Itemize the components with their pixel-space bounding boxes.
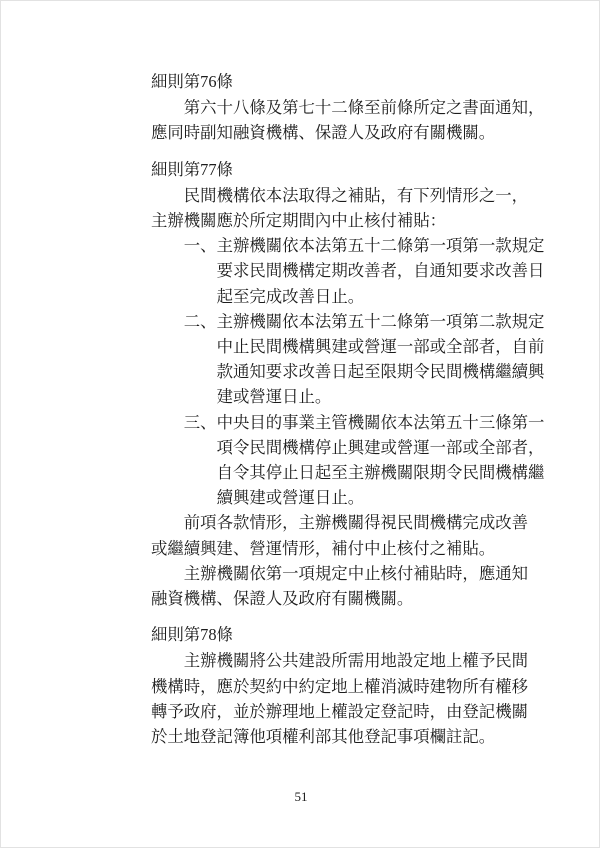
article-section: 細則第76條第六十八條及第七十二條至前條所定之書面通知，應同時副知融資機構、保證… <box>151 69 571 146</box>
text-line: 轉予政府，並於辦理地上權設定登記時，由登記機關 <box>151 699 571 724</box>
article-heading: 細則第76條 <box>151 69 571 94</box>
document-body: 細則第76條第六十八條及第七十二條至前條所定之書面通知，應同時副知融資機構、保證… <box>151 69 571 749</box>
text-line: 款通知要求改善日起至限期令民間機構繼續興 <box>151 359 571 384</box>
article-heading: 細則第77條 <box>151 157 571 182</box>
article-heading: 細則第78條 <box>151 622 571 647</box>
text-line: 自令其停止日起至主辦機關限期令民間機構繼 <box>151 460 571 485</box>
text-line: 二、主辦機關依本法第五十二條第一項第二款規定 <box>151 309 571 334</box>
text-line: 應同時副知融資機構、保證人及政府有關機關。 <box>151 120 571 145</box>
article-section: 細則第78條主辦機關將公共建設所需用地設定地上權予民間機構時，應於契約中約定地上… <box>151 622 571 749</box>
text-line: 融資機構、保證人及政府有關機關。 <box>151 586 571 611</box>
text-line: 項令民間機構停止興建或營運一部或全部者， <box>151 435 571 460</box>
text-line: 主辦機關應於所定期間內中止核付補貼： <box>151 208 571 233</box>
text-line: 三、中央目的事業主管機關依本法第五十三條第一 <box>151 410 571 435</box>
text-line: 前項各款情形，主辦機關得視民間機構完成改善 <box>151 510 571 535</box>
document-page: 細則第76條第六十八條及第七十二條至前條所定之書面通知，應同時副知融資機構、保證… <box>0 0 600 848</box>
text-line: 要求民間機構定期改善者，自通知要求改善日 <box>151 258 571 283</box>
page-number: 51 <box>1 789 600 805</box>
text-line: 於土地登記簿他項權利部其他登記事項欄註記。 <box>151 724 571 749</box>
article-section: 細則第77條民間機構依本法取得之補貼，有下列情形之一，主辦機關應於所定期間內中止… <box>151 157 571 612</box>
text-line: 一、主辦機關依本法第五十二條第一項第一款規定 <box>151 233 571 258</box>
text-line: 續興建或營運日止。 <box>151 485 571 510</box>
text-line: 或繼續興建、營運情形，補付中止核付之補貼。 <box>151 536 571 561</box>
text-line: 中止民間機構興建或營運一部或全部者，自前 <box>151 334 571 359</box>
text-line: 主辦機關將公共建設所需用地設定地上權予民間 <box>151 648 571 673</box>
text-line: 起至完成改善日止。 <box>151 284 571 309</box>
text-line: 建或營運日止。 <box>151 384 571 409</box>
text-line: 第六十八條及第七十二條至前條所定之書面通知， <box>151 95 571 120</box>
text-line: 主辦機關依第一項規定中止核付補貼時，應通知 <box>151 561 571 586</box>
text-line: 民間機構依本法取得之補貼，有下列情形之一， <box>151 183 571 208</box>
text-line: 機構時，應於契約中約定地上權消滅時建物所有權移 <box>151 674 571 699</box>
